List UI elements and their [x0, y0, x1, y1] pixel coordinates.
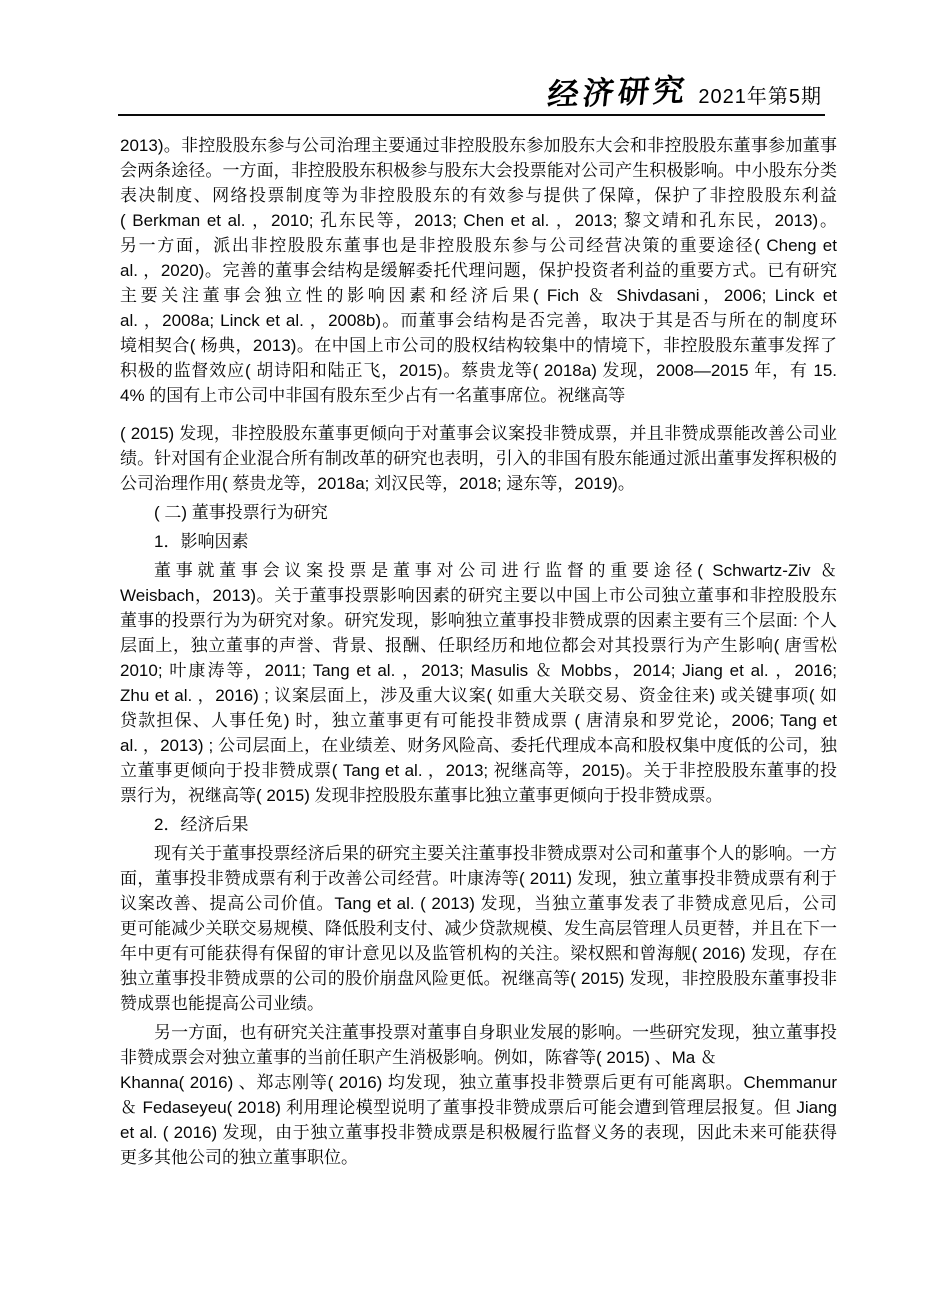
text-line: 另一方面，派出非控股股东董事也是非控股股东参与公司经营决策的重要途径( Chen… — [120, 233, 837, 258]
text-line: al. ，2013) ; 公司层面上，在业绩差、财务风险高、委托代理成本高和股权… — [120, 733, 837, 758]
text-line: 面，董事投非赞成票有利于改善公司经营。叶康涛等( 2011) 发现，独立董事投非… — [120, 866, 837, 891]
text-line: ＆ Fedaseyeu( 2018) 利用理论模型说明了董事投非赞成票后可能会遭… — [120, 1095, 837, 1120]
article-body: 2013)。非控股股东参与公司治理主要通过非控股股东参加股东大会和非控股股东董事… — [120, 133, 837, 1170]
text-line: 主要关注董事会独立性的影响因素和经济后果( Fich ＆ Shivdasani，… — [120, 283, 837, 308]
document-page: 经济研究 2021年第5期 2013)。非控股股东参与公司治理主要通过非控股股东… — [0, 0, 950, 1290]
text-line: 现有关于董事投票经济后果的研究主要关注董事投非赞成票对公司和董事个人的影响。一方 — [120, 841, 837, 866]
text-line: 2．经济后果 — [120, 812, 837, 837]
text-line: 董事的投票行为为研究对象。研究发现，影响独立董事投非赞成票的因素主要有三个层面:… — [120, 608, 837, 633]
text-line: 赞成票也能提高公司业绩。 — [120, 991, 837, 1016]
text-line: 议案改善、提高公司价值。Tang et al. ( 2013) 发现，当独立董事… — [120, 891, 837, 916]
text-line: et al. ( 2016) 发现，由于独立董事投非赞成票是积极履行监督义务的表… — [120, 1120, 837, 1145]
text-line: 2013)。非控股股东参与公司治理主要通过非控股股东参加股东大会和非控股股东董事… — [120, 133, 837, 158]
text-line: 贷款担保、人事任免) 时，独立董事更有可能投非赞成票 ( 唐清泉和罗党论，200… — [120, 708, 837, 733]
text-line: 境相契合( 杨典，2013)。在中国上市公司的股权结构较集中的情境下，非控股股东… — [120, 333, 837, 358]
journal-header: 经济研究 2021年第5期 — [548, 76, 822, 110]
text-line: 非赞成票会对独立董事的当前任职产生消极影响。例如，陈睿等( 2015) 、Ma … — [120, 1045, 837, 1070]
text-line: Khanna( 2016) 、郑志刚等( 2016) 均发现，独立董事投非赞票后… — [120, 1070, 837, 1095]
text-line: 表决制度、网络投票制度等为非控股股东的有效参与提供了保障，保护了非控股股东利益 — [120, 183, 837, 208]
text-line: al. ，2008a; Linck et al. ，2008b)。而董事会结构是… — [120, 308, 837, 333]
text-line: 公司治理作用( 蔡贵龙等，2018a; 刘汉民等，2018; 逯东等，2019)… — [120, 471, 837, 496]
text-line: 更可能减少关联交易规模、降低股利支付、减少贷款规模、发生高层管理人员更替，并且在… — [120, 916, 837, 941]
text-line: 更多其他公司的独立董事职位。 — [120, 1145, 837, 1170]
subsection-heading: ( 二) 董事投票行为研究 — [120, 500, 837, 525]
paragraph: ( 2015) 发现，非控股股东董事更倾向于对董事会议案投非赞成票，并且非赞成票… — [120, 421, 837, 496]
text-line: 积极的监督效应( 胡诗阳和陆正飞，2015)。蔡贵龙等( 2018a) 发现，2… — [120, 358, 837, 383]
header-divider — [118, 114, 825, 116]
text-line: Weisbach，2013)。关于董事投票影响因素的研究主要以中国上市公司独立董… — [120, 583, 837, 608]
paragraph: 董事就董事会议案投票是董事对公司进行监督的重要途径( Schwartz-Ziv … — [120, 558, 837, 808]
paragraph-continuation: 2013)。非控股股东参与公司治理主要通过非控股股东参加股东大会和非控股股东董事… — [120, 133, 837, 408]
text-line: ( 2015) 发现，非控股股东董事更倾向于对董事会议案投非赞成票，并且非赞成票… — [120, 421, 837, 446]
text-line: ( 二) 董事投票行为研究 — [120, 500, 837, 525]
text-line: 绩。针对国有企业混合所有制改革的研究也表明，引入的非国有股东能通过派出董事发挥积… — [120, 446, 837, 471]
text-line: 层面上，独立董事的声誉、背景、报酬、任职经历和地位都会对其投票行为产生影响( 唐… — [120, 633, 837, 658]
text-line: 4% 的国有上市公司中非国有股东至少占有一名董事席位。祝继高等 — [120, 383, 837, 408]
journal-issue-label: 2021年第5期 — [698, 84, 822, 110]
text-line: al. ，2020)。完善的董事会结构是缓解委托代理问题，保护投资者利益的重要方… — [120, 258, 837, 283]
paragraph: 现有关于董事投票经济后果的研究主要关注董事投非赞成票对公司和董事个人的影响。一方… — [120, 841, 837, 1016]
text-line: ( Berkman et al. ，2010; 孔东民等，2013; Chen … — [120, 208, 837, 233]
text-line: 另一方面，也有研究关注董事投票对董事自身职业发展的影响。一些研究发现，独立董事投 — [120, 1020, 837, 1045]
list-heading-economic-consequences: 2．经济后果 — [120, 812, 837, 837]
text-line: 立董事更倾向于投非赞成票( Tang et al. ，2013; 祝继高等，20… — [120, 758, 837, 783]
text-line: 独立董事投非赞成票的公司的股价崩盘风险更低。祝继高等( 2015) 发现，非控股… — [120, 966, 837, 991]
journal-logo: 经济研究 — [546, 74, 690, 113]
text-line: 2010; 叶康涛等，2011; Tang et al. ，2013; Masu… — [120, 658, 837, 683]
text-line: 票行为，祝继高等( 2015) 发现非控股股东董事比独立董事更倾向于投非赞成票。 — [120, 783, 837, 808]
text-line: 年中更有可能获得有保留的审计意见以及监管机构的关注。梁权熙和曾海舰( 2016)… — [120, 941, 837, 966]
list-heading-influence-factors: 1．影响因素 — [120, 529, 837, 554]
text-line: 会两条途径。一方面，非控股股东积极参与股东大会投票能对公司产生积极影响。中小股东… — [120, 158, 837, 183]
text-line: 1．影响因素 — [120, 529, 837, 554]
text-line: Zhu et al. ，2016) ; 议案层面上，涉及重大议案( 如重大关联交… — [120, 683, 837, 708]
paragraph: 另一方面，也有研究关注董事投票对董事自身职业发展的影响。一些研究发现，独立董事投… — [120, 1020, 837, 1170]
text-line: 董事就董事会议案投票是董事对公司进行监督的重要途径( Schwartz-Ziv … — [120, 558, 837, 583]
